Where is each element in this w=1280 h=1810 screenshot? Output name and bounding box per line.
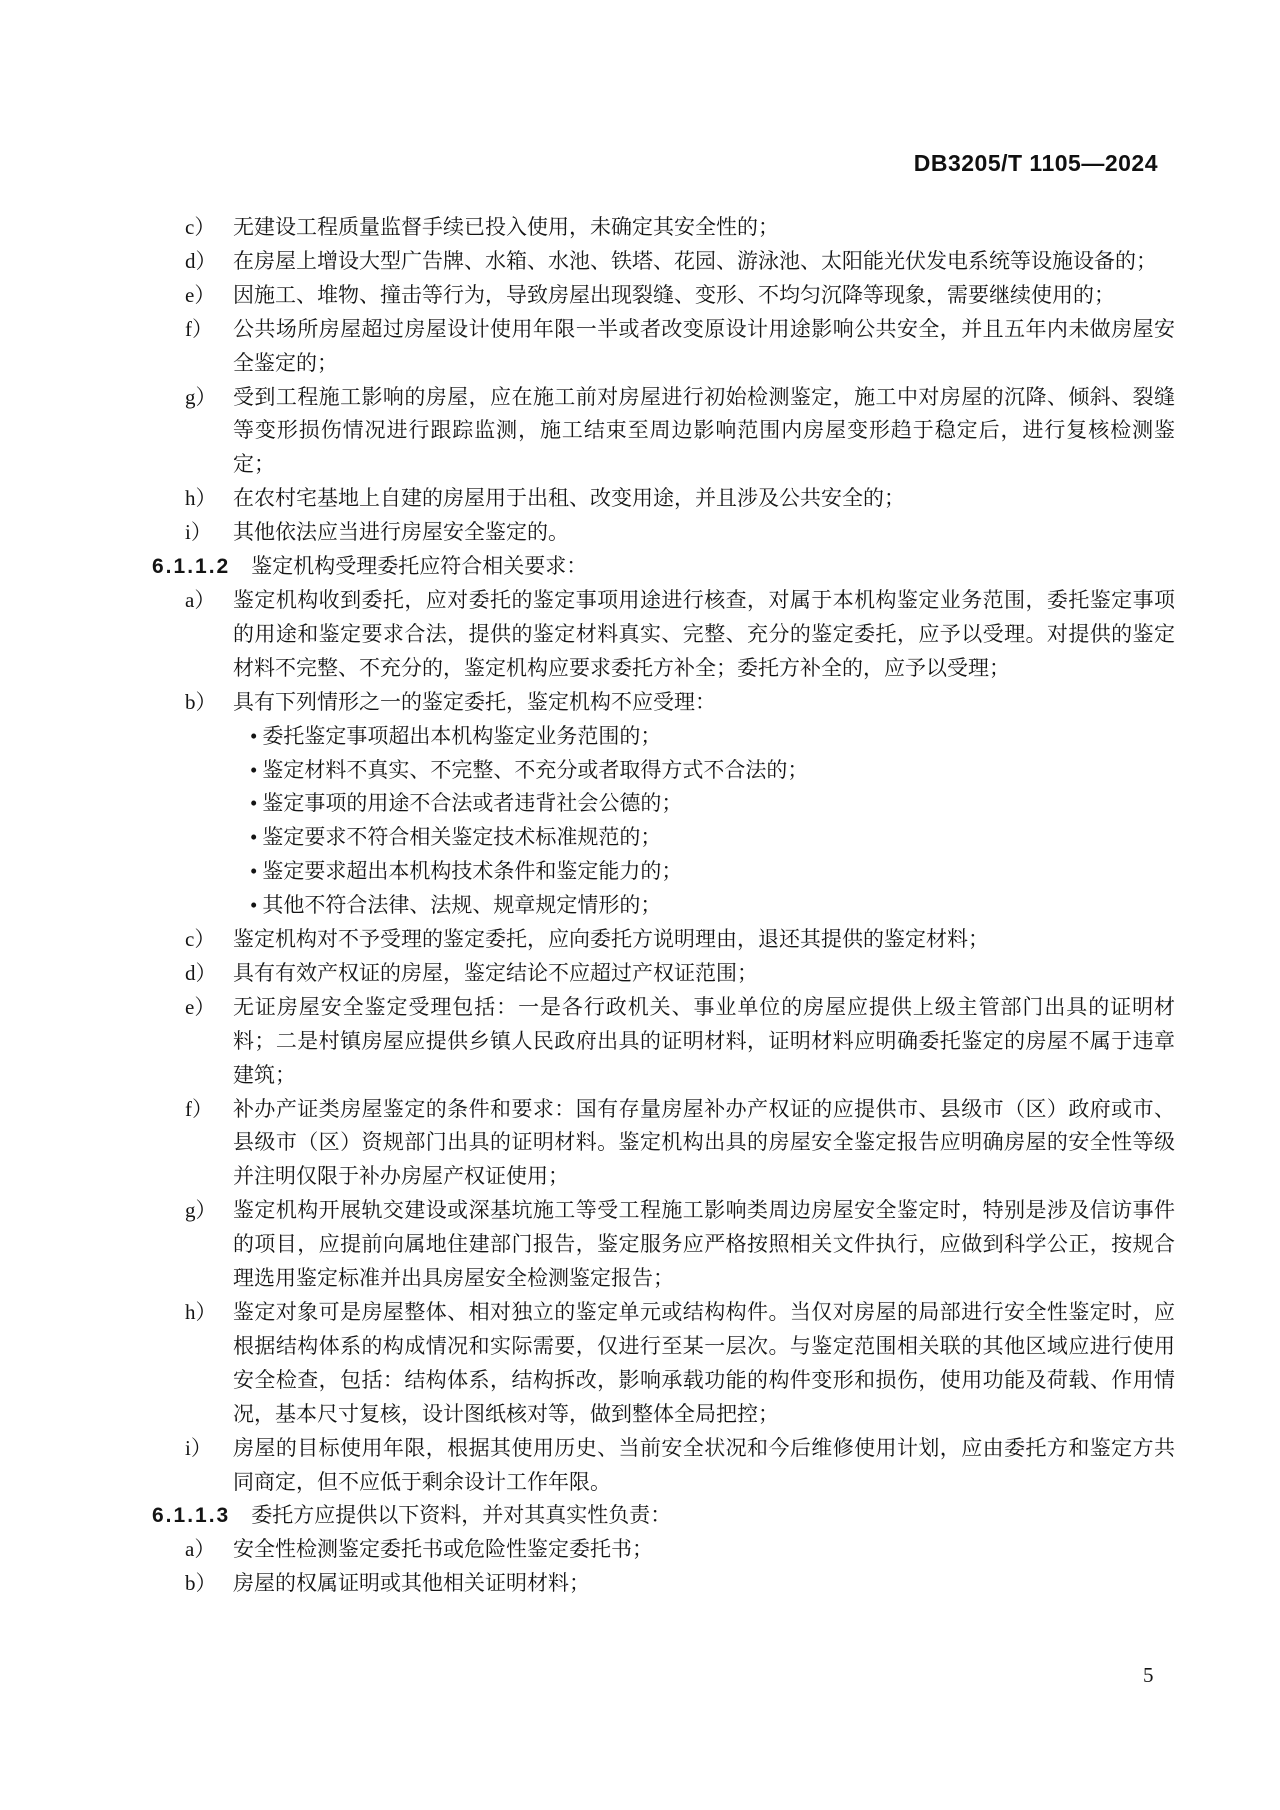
list-item-text: 鉴定机构对不予受理的鉴定委托，应向委托方说明理由，退还其提供的鉴定材料；	[233, 923, 1175, 957]
list-item-label: f）	[185, 1093, 233, 1195]
list-item-label: a）	[185, 584, 233, 686]
bullet-list-item: •鉴定材料不真实、不完整、不充分或者取得方式不合法的；	[250, 754, 1175, 788]
list-item-label: g）	[185, 1194, 233, 1296]
lettered-list-item: e）因施工、堆物、撞击等行为，导致房屋出现裂缝、变形、不均匀沉降等现象，需要继续…	[185, 279, 1175, 313]
list-item-label: b）	[185, 1567, 233, 1601]
list-item-label: f）	[185, 313, 233, 381]
bullet-list-item: •鉴定要求不符合相关鉴定技术标准规范的；	[250, 821, 1175, 855]
list-item-text: 在房屋上增设大型广告牌、水箱、水池、铁塔、花园、游泳池、太阳能光伏发电系统等设施…	[233, 245, 1175, 279]
list-item-label: i）	[185, 1432, 233, 1500]
list-item-label: i）	[185, 516, 233, 550]
list-item-text: 公共场所房屋超过房屋设计使用年限一半或者改变原设计用途影响公共安全，并且五年内未…	[233, 313, 1175, 381]
document-body: c）无建设工程质量监督手续已投入使用，未确定其安全性的；d）在房屋上增设大型广告…	[0, 211, 1280, 1601]
list-item-label: e）	[185, 279, 233, 313]
list-item-label: b）	[185, 686, 233, 720]
lettered-list-item: a）安全性检测鉴定委托书或危险性鉴定委托书；	[185, 1533, 1175, 1567]
lettered-list-item: d）具有有效产权证的房屋，鉴定结论不应超过产权证范围；	[185, 957, 1175, 991]
bullet-icon: •	[250, 787, 257, 821]
list-item-label: g）	[185, 381, 233, 483]
bullet-item-text: 鉴定材料不真实、不完整、不充分或者取得方式不合法的；	[262, 754, 1175, 788]
bullet-icon: •	[250, 754, 257, 788]
clause-heading: 6.1.1.3委托方应提供以下资料，并对其真实性负责：	[152, 1499, 1175, 1533]
list-item-text: 补办产证类房屋鉴定的条件和要求：国有存量房屋补办产权证的应提供市、县级市（区）政…	[233, 1093, 1175, 1195]
list-item-text: 安全性检测鉴定委托书或危险性鉴定委托书；	[233, 1533, 1175, 1567]
list-item-text: 因施工、堆物、撞击等行为，导致房屋出现裂缝、变形、不均匀沉降等现象，需要继续使用…	[233, 279, 1175, 313]
bullet-list-item: •鉴定要求超出本机构技术条件和鉴定能力的；	[250, 855, 1175, 889]
list-item-label: c）	[185, 923, 233, 957]
lettered-list-item: i）其他依法应当进行房屋安全鉴定的。	[185, 516, 1175, 550]
lettered-list-item: b）房屋的权属证明或其他相关证明材料；	[185, 1567, 1175, 1601]
bullet-icon: •	[250, 720, 257, 754]
list-item-label: a）	[185, 1533, 233, 1567]
bullet-item-text: 鉴定事项的用途不合法或者违背社会公德的；	[262, 787, 1175, 821]
list-item-text: 鉴定机构收到委托，应对委托的鉴定事项用途进行核查，对属于本机构鉴定业务范围，委托…	[233, 584, 1175, 686]
bullet-list-item: •委托鉴定事项超出本机构鉴定业务范围的；	[250, 720, 1175, 754]
list-item-text: 无证房屋安全鉴定受理包括：一是各行政机关、事业单位的房屋应提供上级主管部门出具的…	[233, 991, 1175, 1093]
clause-title: 鉴定机构受理委托应符合相关要求：	[251, 550, 1175, 584]
bullet-icon: •	[250, 855, 257, 889]
list-item-text: 鉴定机构开展轨交建设或深基坑施工等受工程施工影响类周边房屋安全鉴定时，特别是涉及…	[233, 1194, 1175, 1296]
list-item-label: c）	[185, 211, 233, 245]
lettered-list-item: c）无建设工程质量监督手续已投入使用，未确定其安全性的；	[185, 211, 1175, 245]
list-item-label: d）	[185, 957, 233, 991]
bullet-item-text: 鉴定要求超出本机构技术条件和鉴定能力的；	[262, 855, 1175, 889]
clause-number: 6.1.1.2	[152, 550, 230, 584]
lettered-list-item: a）鉴定机构收到委托，应对委托的鉴定事项用途进行核查，对属于本机构鉴定业务范围，…	[185, 584, 1175, 686]
bullet-list-item: •其他不符合法律、法规、规章规定情形的；	[250, 889, 1175, 923]
bullet-icon: •	[250, 821, 257, 855]
lettered-list-item: e）无证房屋安全鉴定受理包括：一是各行政机关、事业单位的房屋应提供上级主管部门出…	[185, 991, 1175, 1093]
list-item-text: 受到工程施工影响的房屋，应在施工前对房屋进行初始检测鉴定，施工中对房屋的沉降、倾…	[233, 381, 1175, 483]
clause-number: 6.1.1.3	[152, 1499, 230, 1533]
lettered-list-item: b）具有下列情形之一的鉴定委托，鉴定机构不应受理：	[185, 686, 1175, 720]
clause-heading: 6.1.1.2鉴定机构受理委托应符合相关要求：	[152, 550, 1175, 584]
list-item-label: h）	[185, 1296, 233, 1432]
clause-title: 委托方应提供以下资料，并对其真实性负责：	[251, 1499, 1175, 1533]
list-item-text: 在农村宅基地上自建的房屋用于出租、改变用途，并且涉及公共安全的；	[233, 482, 1175, 516]
lettered-list-item: f）公共场所房屋超过房屋设计使用年限一半或者改变原设计用途影响公共安全，并且五年…	[185, 313, 1175, 381]
list-item-text: 房屋的权属证明或其他相关证明材料；	[233, 1567, 1175, 1601]
list-item-text: 具有有效产权证的房屋，鉴定结论不应超过产权证范围；	[233, 957, 1175, 991]
document-page: DB3205/T 1105—2024 c）无建设工程质量监督手续已投入使用，未确…	[0, 0, 1280, 1810]
lettered-list-item: g）鉴定机构开展轨交建设或深基坑施工等受工程施工影响类周边房屋安全鉴定时，特别是…	[185, 1194, 1175, 1296]
bullet-item-text: 委托鉴定事项超出本机构鉴定业务范围的；	[262, 720, 1175, 754]
bullet-item-text: 其他不符合法律、法规、规章规定情形的；	[262, 889, 1175, 923]
lettered-list-item: c）鉴定机构对不予受理的鉴定委托，应向委托方说明理由，退还其提供的鉴定材料；	[185, 923, 1175, 957]
lettered-list-item: f）补办产证类房屋鉴定的条件和要求：国有存量房屋补办产权证的应提供市、县级市（区…	[185, 1093, 1175, 1195]
lettered-list-item: d）在房屋上增设大型广告牌、水箱、水池、铁塔、花园、游泳池、太阳能光伏发电系统等…	[185, 245, 1175, 279]
lettered-list-item: g）受到工程施工影响的房屋，应在施工前对房屋进行初始检测鉴定，施工中对房屋的沉降…	[185, 381, 1175, 483]
page-number: 5	[1143, 1663, 1154, 1688]
lettered-list-item: h）在农村宅基地上自建的房屋用于出租、改变用途，并且涉及公共安全的；	[185, 482, 1175, 516]
bullet-list-item: •鉴定事项的用途不合法或者违背社会公德的；	[250, 787, 1175, 821]
lettered-list-item: i）房屋的目标使用年限，根据其使用历史、当前安全状况和今后维修使用计划，应由委托…	[185, 1432, 1175, 1500]
list-item-label: h）	[185, 482, 233, 516]
list-item-text: 房屋的目标使用年限，根据其使用历史、当前安全状况和今后维修使用计划，应由委托方和…	[233, 1432, 1175, 1500]
list-item-label: e）	[185, 991, 233, 1093]
standard-number-header: DB3205/T 1105—2024	[914, 150, 1158, 177]
list-item-text: 其他依法应当进行房屋安全鉴定的。	[233, 516, 1175, 550]
list-item-label: d）	[185, 245, 233, 279]
bullet-item-text: 鉴定要求不符合相关鉴定技术标准规范的；	[262, 821, 1175, 855]
lettered-list-item: h）鉴定对象可是房屋整体、相对独立的鉴定单元或结构构件。当仅对房屋的局部进行安全…	[185, 1296, 1175, 1432]
bullet-icon: •	[250, 889, 257, 923]
list-item-text: 鉴定对象可是房屋整体、相对独立的鉴定单元或结构构件。当仅对房屋的局部进行安全性鉴…	[233, 1296, 1175, 1432]
list-item-text: 无建设工程质量监督手续已投入使用，未确定其安全性的；	[233, 211, 1175, 245]
list-item-text: 具有下列情形之一的鉴定委托，鉴定机构不应受理：	[233, 686, 1175, 720]
